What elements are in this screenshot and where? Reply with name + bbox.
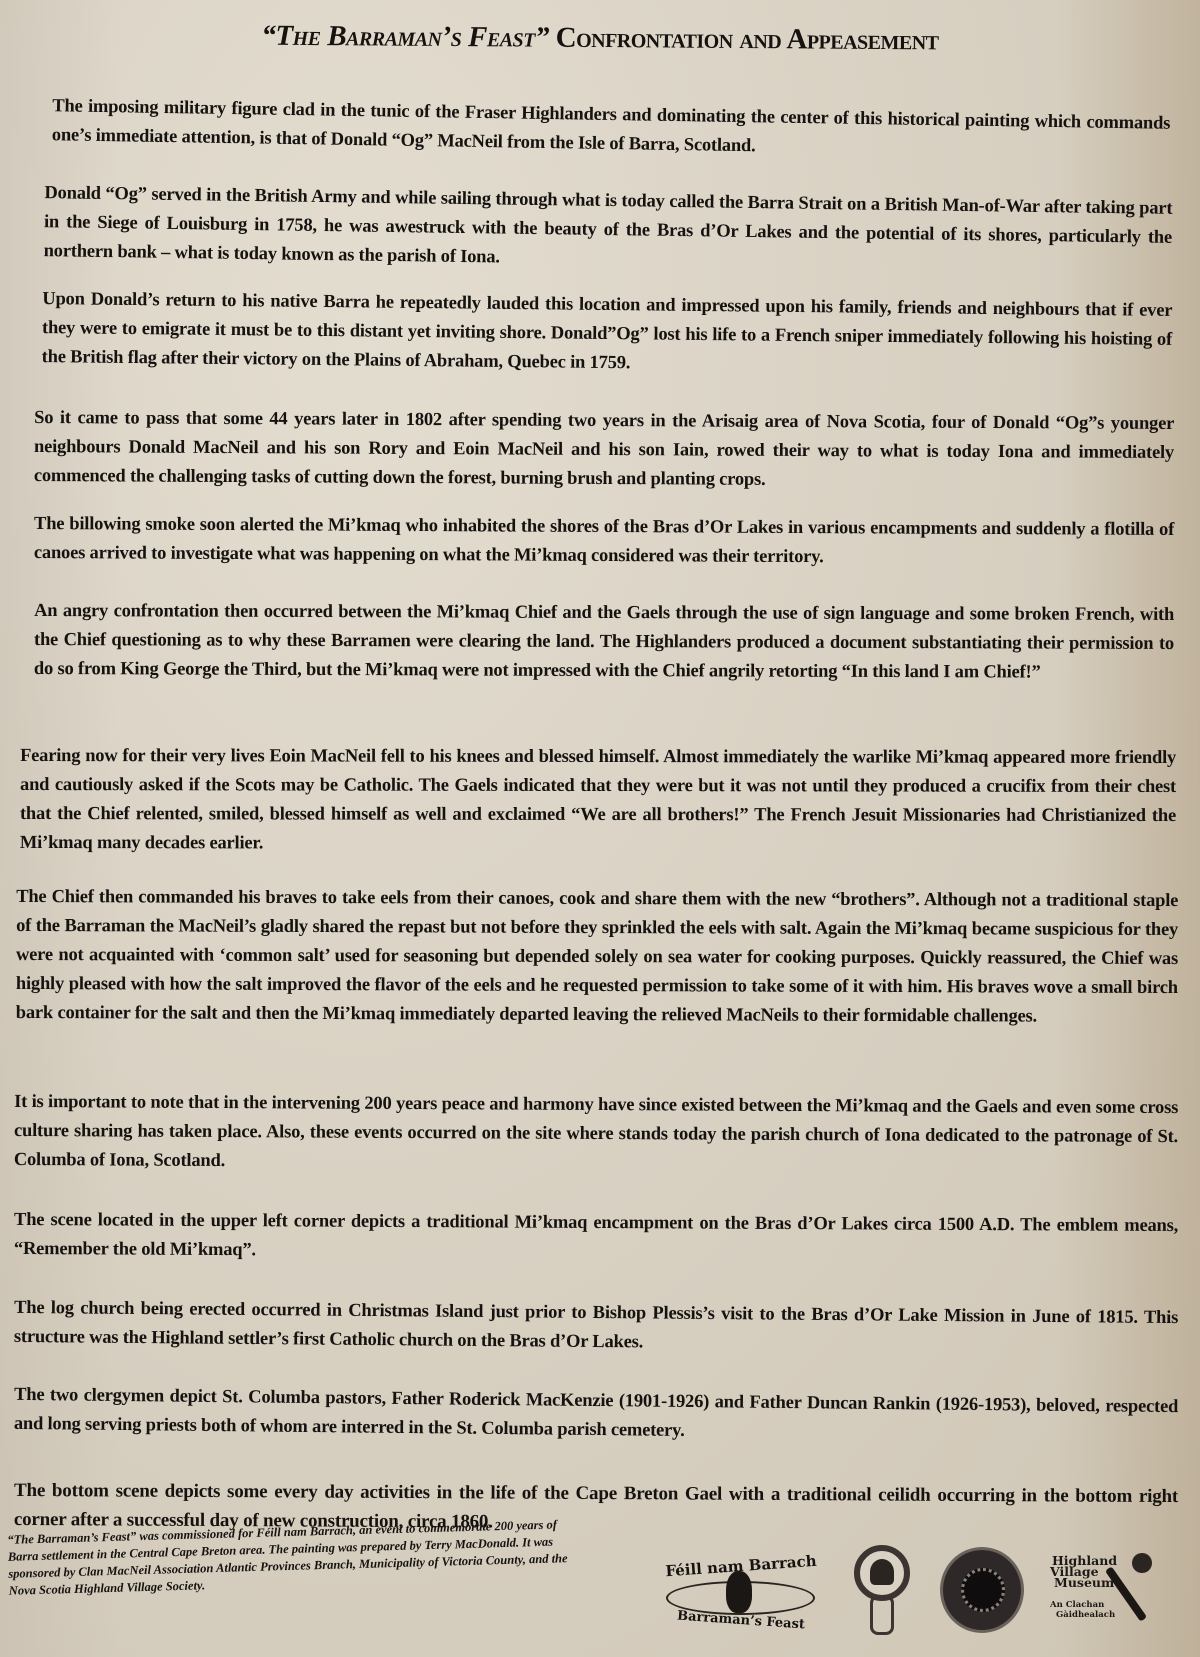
title-quoted: “The Barraman’s Feast” bbox=[261, 20, 549, 54]
paragraph-confrontation: An angry confrontation then occurred bet… bbox=[34, 597, 1174, 688]
hvm-line-3: Museum bbox=[1054, 1577, 1114, 1589]
hvm-line-5: Gàidhealach bbox=[1056, 1609, 1115, 1621]
highland-village-museum-logo: Highland Village Museum An Clachan Gàidh… bbox=[1050, 1551, 1170, 1635]
feill-nam-barrach-logo: Féill nam Barrach Barraman’s Feast bbox=[646, 1557, 836, 1637]
municipal-seal-icon bbox=[940, 1547, 1024, 1633]
page-title: “The Barraman’s Feast” Confrontation and… bbox=[0, 18, 1200, 59]
paragraph-return-to-barra: Upon Donald’s return to his native Barra… bbox=[42, 285, 1173, 384]
thistle-icon bbox=[1132, 1553, 1152, 1573]
paragraph-brothers: Fearing now for their very lives Eoin Ma… bbox=[20, 741, 1176, 859]
crest-buckle bbox=[870, 1595, 894, 1635]
title-rest: Confrontation and Appeasement bbox=[556, 22, 939, 57]
paragraph-eels-and-salt: The Chief then commanded his braves to t… bbox=[16, 882, 1178, 1031]
paragraph-billowing-smoke: The billowing smoke soon alerted the Mi’… bbox=[34, 510, 1174, 574]
paragraph-peace-harmony: It is important to note that in the inte… bbox=[14, 1087, 1178, 1180]
paragraph-arrival-1802: So it came to pass that some 44 years la… bbox=[34, 404, 1174, 497]
paragraph-log-church: The log church being erected occurred in… bbox=[14, 1293, 1178, 1361]
sponsor-logos: Féill nam Barrach Barraman’s Feast Highl… bbox=[640, 1545, 1180, 1645]
seal-center bbox=[961, 1568, 1005, 1612]
paragraph-donald-og-intro: The imposing military figure clad in the… bbox=[52, 92, 1171, 168]
plaque: “The Barraman’s Feast” Confrontation and… bbox=[0, 0, 1200, 1657]
crest-figure bbox=[870, 1559, 894, 1585]
paragraph-british-army: Donald “Og” served in the British Army a… bbox=[43, 179, 1172, 282]
paragraph-clergymen: The two clergymen depict St. Columba pas… bbox=[14, 1380, 1179, 1450]
thistle-icon bbox=[726, 1571, 752, 1613]
paragraph-upper-left-scene: The scene located in the upper left corn… bbox=[14, 1205, 1178, 1269]
clan-crest-badge-icon bbox=[854, 1545, 914, 1641]
credit-note: “The Barraman’s Feast” was commissioned … bbox=[7, 1516, 569, 1600]
